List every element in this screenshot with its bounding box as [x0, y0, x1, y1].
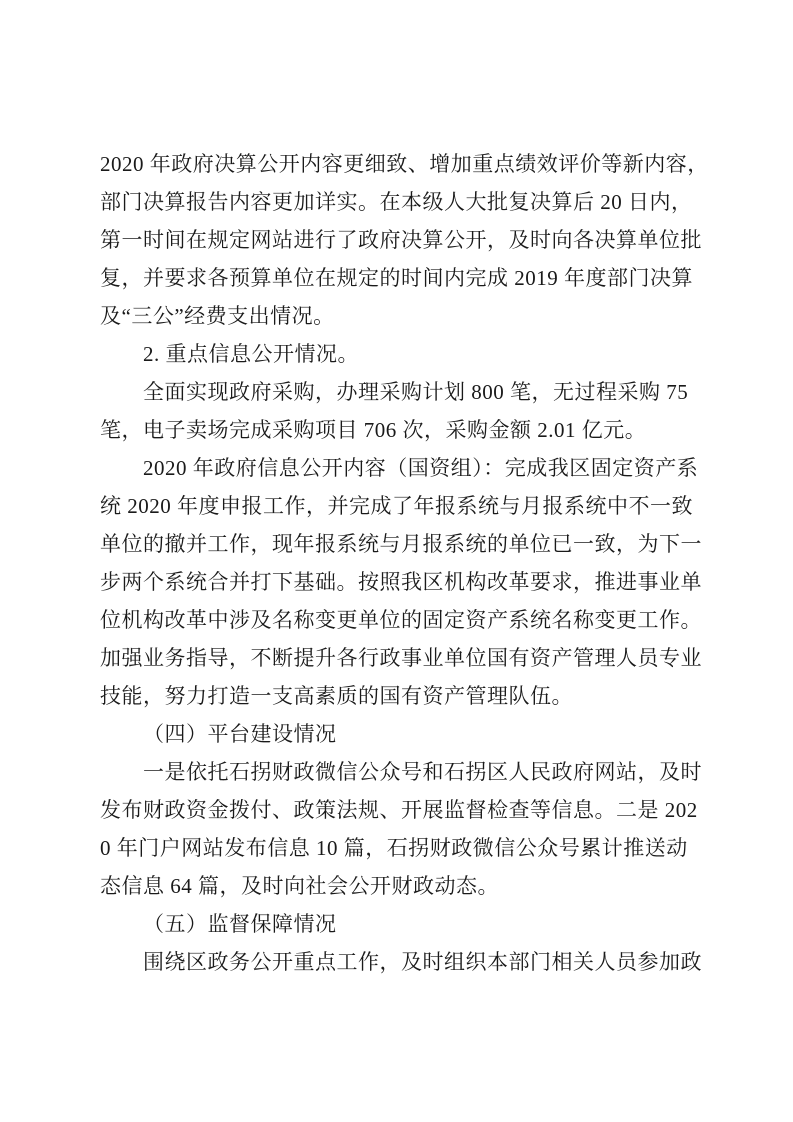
- text-line: 一是依托石拐财政微信公众号和石拐区人民政府网站，及时: [100, 753, 716, 791]
- text-line: 2020 年政府信息公开内容（国资组）：完成我区固定资产系: [100, 449, 716, 487]
- text-line: 单位的撤并工作，现年报系统与月报系统的单位已一致，为下一: [100, 525, 716, 563]
- document-text-block: 2020 年政府决算公开内容更细致、增加重点绩效评价等新内容， 部门决算报告内容…: [100, 145, 716, 981]
- text-line: 步两个系统合并打下基础。按照我区机构改革要求，推进事业单: [100, 563, 716, 601]
- text-line-heading: （四）平台建设情况: [100, 715, 716, 753]
- text-line: 全面实现政府采购，办理采购计划 800 笔，无过程采购 75: [100, 373, 716, 411]
- text-line: 及“三公”经费支出情况。: [100, 297, 716, 335]
- text-line: 0 年门户网站发布信息 10 篇，石拐财政微信公众号累计推送动: [100, 829, 716, 867]
- text-line: 第一时间在规定网站进行了政府决算公开，及时向各决算单位批: [100, 221, 716, 259]
- text-line: 围绕区政务公开重点工作，及时组织本部门相关人员参加政: [100, 943, 716, 981]
- text-line: 技能，努力打造一支高素质的国有资产管理队伍。: [100, 677, 716, 715]
- text-line: 2020 年政府决算公开内容更细致、增加重点绩效评价等新内容，: [100, 145, 716, 183]
- text-line: 部门决算报告内容更加详实。在本级人大批复决算后 20 日内，: [100, 183, 716, 221]
- text-line: 复，并要求各预算单位在规定的时间内完成 2019 年度部门决算: [100, 259, 716, 297]
- document-page: 2020 年政府决算公开内容更细致、增加重点绩效评价等新内容， 部门决算报告内容…: [0, 0, 793, 1122]
- text-line: 发布财政资金拨付、政策法规、开展监督检查等信息。二是 202: [100, 791, 716, 829]
- text-line: 笔，电子卖场完成采购项目 706 次，采购金额 2.01 亿元。: [100, 411, 716, 449]
- text-line-heading: （五）监督保障情况: [100, 905, 716, 943]
- text-line: 态信息 64 篇，及时向社会公开财政动态。: [100, 867, 716, 905]
- text-line-heading: 2. 重点信息公开情况。: [100, 335, 716, 373]
- text-line: 位机构改革中涉及名称变更单位的固定资产系统名称变更工作。: [100, 601, 716, 639]
- text-line: 加强业务指导，不断提升各行政事业单位国有资产管理人员专业: [100, 639, 716, 677]
- text-line: 统 2020 年度申报工作，并完成了年报系统与月报系统中不一致: [100, 487, 716, 525]
